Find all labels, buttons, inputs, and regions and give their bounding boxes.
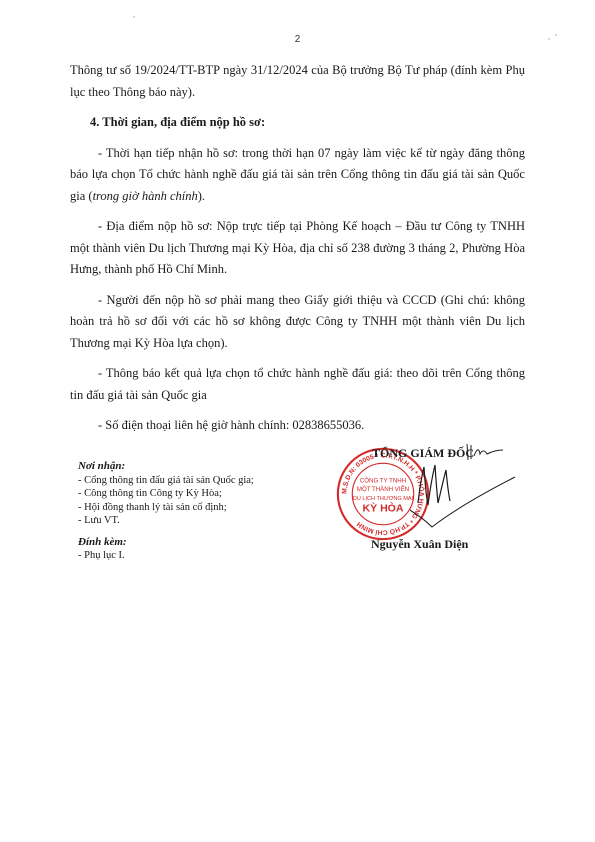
stamp-line2: MỘT THÀNH VIÊN xyxy=(357,485,409,493)
deadline-paragraph: - Thời hạn tiếp nhận hồ sơ: trong thời h… xyxy=(70,143,525,208)
stamp-line4: KỲ HÒA xyxy=(362,501,403,514)
page-number: 2 xyxy=(0,34,595,45)
recipients-label: Nơi nhận: xyxy=(78,460,254,474)
location-paragraph: - Địa điểm nộp hồ sơ: Nộp trực tiếp tại … xyxy=(70,216,525,281)
section-heading: 4. Thời gian, địa điểm nộp hồ sơ: xyxy=(70,112,525,134)
recipient-item: - Hội đồng thanh lý tài sản cố định; xyxy=(78,501,254,515)
signature-icon xyxy=(410,455,520,545)
recipient-item: - Công thông tin Công ty Kỳ Hòa; xyxy=(78,487,254,501)
result-notice-paragraph: - Thông báo kết quả lựa chọn tổ chức hàn… xyxy=(70,363,525,406)
deadline-italic: trong giờ hành chính xyxy=(93,189,198,203)
stamp-line1: CÔNG TY TNHH xyxy=(360,477,406,484)
attachment-item: - Phụ lục I. xyxy=(78,549,254,563)
phone-paragraph: - Số điện thoại liên hệ giờ hành chính: … xyxy=(70,415,525,437)
attachments-label: Đính kèm: xyxy=(78,536,254,550)
deadline-end: ). xyxy=(198,189,205,203)
stamp-line3: DU LỊCH THƯƠNG MẠI xyxy=(353,496,414,502)
recipients-block: Nơi nhận: - Cổng thông tin đấu giá tài s… xyxy=(78,460,254,563)
recipient-item: - Lưu VT. xyxy=(78,514,254,528)
documents-paragraph: - Người đến nộp hồ sơ phải mang theo Giấ… xyxy=(70,290,525,355)
document-body: Thông tư số 19/2024/TT-BTP ngày 31/12/20… xyxy=(70,60,525,437)
recipient-item: - Cổng thông tin đấu giá tài sản Quốc gi… xyxy=(78,474,254,488)
intro-paragraph: Thông tư số 19/2024/TT-BTP ngày 31/12/20… xyxy=(70,60,525,103)
